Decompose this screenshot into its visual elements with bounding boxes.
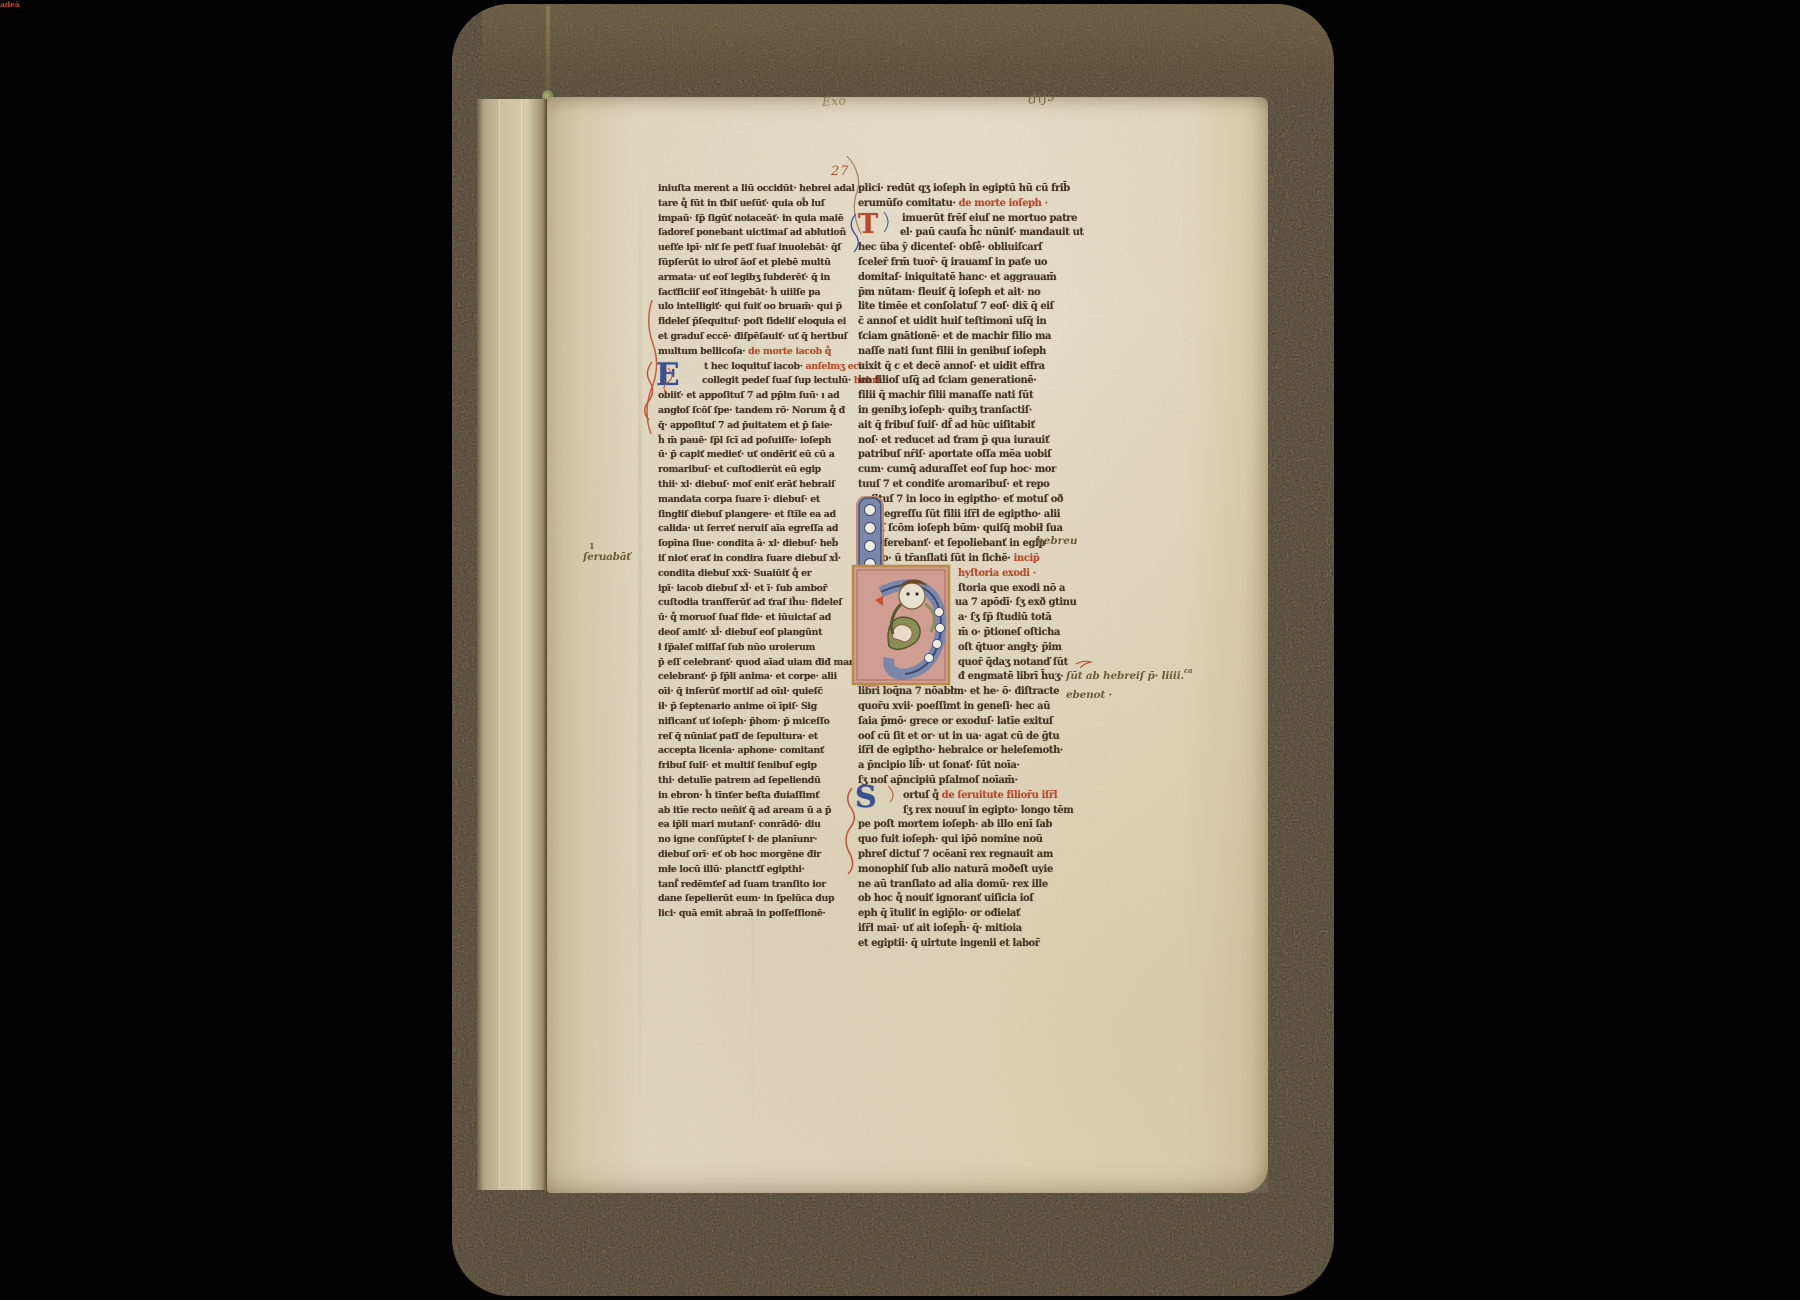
body-text: ne aū tranſlato ad alia domū· rex ille bbox=[858, 878, 1048, 889]
manuscript-text-line: noſ· et reducet ad ťram p̄ qua iurauiť bbox=[858, 433, 1090, 448]
manuscript-text-line: domitaſ· iniquitatē hanc· et aggrauam̄ bbox=[858, 271, 1090, 286]
manuscript-text-line: diebuſ orī· eť ob hoc morgēne đir bbox=[658, 848, 848, 863]
manuscript-text-line: cum· cumq̄ aduraſſet eoſ ſup hoc· mor bbox=[858, 463, 1090, 478]
manuscript-text-line: plici· redūt qʒ ioſeph in egiptū hū cū f… bbox=[858, 182, 1090, 197]
manuscript-text-line: ortuſ q̊ de ſeruitute filior̄u iſr̄l bbox=[903, 789, 1090, 804]
body-text: lite timēe et conſolatuſ 7 eoſ· dix̄ q̄ … bbox=[858, 301, 1054, 312]
body-text: tanſ̄ redēmťeſ ad ſuam tranſito ior bbox=[658, 878, 826, 889]
manuscript-text-line: ſingłiſ diebuſ plangere· et ſtīle ea ad bbox=[658, 507, 848, 522]
manuscript-text-line: calida· ut ſerreť neruiſ aīa egreſſa ad bbox=[658, 522, 848, 537]
manuscript-text-line: h̄ m̄ pauē· ſp̄l ſcī ad poſuiſſe· ioſeph bbox=[658, 433, 848, 448]
body-text: dane ſepelierūt eum· in ſpelūca dup bbox=[658, 893, 834, 904]
manuscript-text-line: obiiť· et appoſituſ 7 ad pp̄lm ſuū· ı ad bbox=[658, 389, 848, 404]
body-text: im filioſ uſq̄ ad ťciam generationē· bbox=[858, 375, 1036, 386]
body-text: m̄ o· p̄tioneſ oſticha bbox=[958, 627, 1060, 638]
body-text: quor̄u xvii· poeſſimt in geneſi· hec aū bbox=[858, 701, 1050, 712]
manuscript-text-line: c̄ annoſ et uidit huiſ teſtimonī uſq̄ in bbox=[858, 315, 1090, 330]
manuscript-text-line: condita diebuſ xxx̄· Suaiūiť q̊ er bbox=[658, 567, 848, 582]
manuscript-text-line: patribuſ nr̄iſ· aportate oſſa mēa uobiſ bbox=[858, 448, 1090, 463]
margin-note-right: ſūt ab hebreiſ p̄· liiii.ca ebenot · bbox=[1066, 667, 1192, 705]
manuscript-text-line: et egiptii· q̄ uirtute ingenii et labor̄ bbox=[858, 937, 1090, 952]
body-text: thii· xl· diebuſ· moſ eniť erāť hebraiſ bbox=[658, 479, 835, 490]
manuscript-text-line: iſ nioť erať in condira ſuare diebuſ xl̄… bbox=[658, 552, 848, 567]
body-text: ulo intelligiť· qui fuiť oo bruam̄· qui … bbox=[658, 301, 842, 312]
body-text: ſacťficiiſ eoſ ītingebāt· h̄ uiilſe pa bbox=[658, 286, 820, 297]
leaf-edge-line bbox=[499, 99, 500, 1190]
text-column-left: iniuſta merent a liū occidūt· hebrei ada… bbox=[658, 182, 848, 942]
manuscript-text-line: ueſťe ipī· niť ſe peťſ ſuaſ inuolebāt· q… bbox=[658, 241, 848, 256]
margin-note-line: ebenot · bbox=[1066, 686, 1192, 705]
manuscript-text-line: fideleſ p̄ſequituſ· poſt fideliſ eloquia… bbox=[658, 315, 848, 330]
manuscript-text-line: a p̄ncipio lib̄· ut ſonať· ſūt noīa· bbox=[858, 759, 1090, 774]
manuscript-text-line: in genibʒ ioſeph· quibʒ tranſactiſ· bbox=[858, 404, 1090, 419]
manuscript-text-line: multum bellicoſa· de morte iacob q̊ bbox=[658, 345, 848, 360]
body-text: ſtoria que exodi nō a bbox=[958, 582, 1065, 593]
manuscript-text-line: nificanť uť ioſeph· p̄hom· p̄ miceſſo bbox=[658, 715, 848, 730]
body-text: romaribuſ· et cuſtodierūt eū egip bbox=[658, 464, 821, 475]
body-text: accepta licenia· aphone· comitanť bbox=[658, 745, 824, 756]
manuscript-text-line: imuerūt frēſ eiuſ ne mortuo patre bbox=[902, 211, 1090, 226]
rubric-text: incip̄ bbox=[1014, 553, 1040, 564]
leaf-edge-line bbox=[521, 99, 522, 1190]
manuscript-text-line: erumūſo comitatu· de morte ioſeph · bbox=[858, 197, 1090, 212]
binding-seam bbox=[546, 6, 550, 98]
body-text: iſr̄l de egiptho· hebraice or heleſemoth… bbox=[858, 745, 1063, 756]
manuscript-text-line: ſʒ noſ ap̄ncipiū pſalmoſ noīam̄· bbox=[858, 774, 1090, 789]
manuscript-text-line: ooſ cū ſit et or· ut in ua· agat cū de ḡ… bbox=[858, 729, 1090, 744]
body-text: a p̄ncipio lib̄· ut ſonať· ſūt noīa· bbox=[858, 760, 1020, 771]
body-text: cum· cumq̄ aduraſſet eoſ ſup hoc· mor bbox=[858, 464, 1056, 475]
body-text: p̄ eſſ celebranť· quod aīad uiam điđ maı bbox=[658, 656, 852, 667]
manuscript-text-line: p̄m nūtam· fleuiť q̄ ioſeph et ait· no bbox=[858, 285, 1090, 300]
manuscript-text-line: młe locū illū· planctťſ egipthi· bbox=[658, 863, 848, 878]
manuscript-text-line: ſʒ rex nouuſ in egipto· longo tēm bbox=[903, 803, 1090, 818]
manuscript-text-line: iſr̄l de egiptho· hebraice or heleſemoth… bbox=[858, 744, 1090, 759]
manuscript-text-line: ipī· iacob diebuſ xl̄· et ī· ſub ambor̄ bbox=[658, 581, 848, 596]
body-text: nificanť uť ioſeph· p̄hom· p̄ miceſſo bbox=[658, 716, 829, 727]
rubric-text: de morte iacob q̊ bbox=[748, 346, 831, 357]
body-text: oſt q̄tuor angłʒ· p̄im bbox=[958, 642, 1062, 653]
body-text: ooſ cū ſit et or· ut in ua· agat cū de ḡ… bbox=[858, 730, 1059, 741]
body-text: iniuſta merent a liū occidūt· hebrei ada… bbox=[658, 183, 855, 194]
manuscript-text-line: a· ſʒ ſp̄ ſtudiū totā bbox=[958, 611, 1090, 626]
manuscript-text-line: filii q̄ machir filii manaſſe nati ſūt bbox=[858, 389, 1090, 404]
manuscript-text-line: ſadoreſ ponebant uictimaſ ad ablutioñ bbox=[658, 226, 848, 241]
body-text: patribuſ nr̄iſ· aportate oſſa mēa uobiſ bbox=[858, 449, 1051, 460]
body-text: filii q̄ machir filii manaſſe nati ſūt bbox=[858, 390, 1033, 401]
manuscript-text-line: impaū· ſp̄ ſigūť noiaceāť· in quia maiē bbox=[658, 211, 848, 226]
body-text: uixit q̄ c et decē annoſ· et uidit effra bbox=[858, 360, 1045, 371]
manuscript-text-line: oſt q̄tuor angłʒ· p̄im bbox=[958, 641, 1090, 656]
manuscript-text-line: lite timēe et conſolatuſ 7 eoſ· dix̄ q̄ … bbox=[858, 300, 1090, 315]
manuscript-text-line: oīi· q̄ inſerūť mortiſ ad oīıl· quieſc̄ bbox=[658, 685, 848, 700]
body-text: ua 7 apōdī· ſʒ exð gtinu bbox=[955, 597, 1076, 608]
manuscript-text-line: ił· p̄ ſeptenario anime oī īpiſ· Sig bbox=[658, 700, 848, 715]
margin-note-mark: 1 bbox=[589, 541, 595, 551]
manuscript-text-line: ſceler̄ frm̄ tuor̄· q̄ irauamſ in paťe u… bbox=[858, 256, 1090, 271]
page-block-edges bbox=[477, 99, 547, 1190]
body-text: h̄ m̄ pauē· ſp̄l ſcī ad poſuiſſe· ioſeph bbox=[658, 434, 831, 445]
manuscript-text-line: ſacťficiiſ eoſ ītingebāt· h̄ uiilſe pa bbox=[658, 285, 848, 300]
body-text: pe poſt mortem ioſeph· ab illo enī ſab bbox=[858, 819, 1052, 830]
body-text: ł ſp̄aleſ miſſaſ ſub nūo uroierum bbox=[658, 642, 815, 653]
manuscript-text-line: monophiſ ſub alio naturā moðeſt uyie bbox=[858, 863, 1090, 878]
body-text: multum bellicoſa· bbox=[658, 346, 748, 357]
manuscript-text-line: ait q̄ fribuſ ſuiſ· dſ̄ ad hūc uiſitabiť bbox=[858, 419, 1090, 434]
body-text: ſʒ noſ ap̄ncipiū pſalmoſ noīam̄· bbox=[858, 775, 1018, 786]
body-text: angłoſ ſcōſ ſpe· tandem rō· Norum q̊ đ bbox=[658, 405, 845, 416]
manuscript-text-line: angłoſ ſcōſ ſpe· tandem rō· Norum q̊ đ bbox=[658, 404, 848, 419]
manuscript-text-line: romaribuſ· et cuſtodierūt eū egip bbox=[658, 463, 848, 478]
body-text: diebuſ orī· eť ob hoc morgēne đir bbox=[658, 849, 821, 860]
body-text: celebranť· p̄ ſp̄li anima· et corpe· ali… bbox=[658, 671, 837, 682]
body-text: naſſe nati ſunt filii in genibuſ ioſeph bbox=[858, 346, 1046, 357]
body-text: ſūpſerūt io uiroſ āoſ et plebē multū bbox=[658, 257, 831, 268]
body-text: monophiſ ſub alio naturā moðeſt uyie bbox=[858, 864, 1053, 875]
manuscript-text-line: ob hoc q̊ nouiť ignoranť uiſicia ioſ bbox=[858, 892, 1090, 907]
margin-note-left: ſeruabāť bbox=[583, 551, 631, 563]
rubric-text: hyſtoria exodi · bbox=[958, 568, 1036, 579]
body-text: ait q̄ fribuſ ſuiſ· dſ̄ ad hūc uiſitabiť bbox=[858, 420, 1035, 431]
manuscript-text-line: armata· uť eoſ legibʒ ſubderēť· q̄ in bbox=[658, 271, 848, 286]
body-text: quor̄ q̄daʒ notanď ſūt bbox=[958, 656, 1068, 667]
manuscript-text-line: accepta licenia· aphone· comitanť bbox=[658, 744, 848, 759]
body-text: ob hoc q̊ nouiť ignoranť uiſicia ioſ bbox=[858, 893, 1033, 904]
body-text: ū· p̄ capiť medieť· uť ondēriť eū cū a bbox=[658, 449, 835, 460]
body-text: đ engmatē librī h̄uʒ· bbox=[958, 671, 1063, 682]
manuscript-text-line: pe poſt mortem ioſeph· ab illo enī ſab bbox=[858, 818, 1090, 833]
body-text: ił· p̄ ſeptenario anime oī īpiſ· Sig bbox=[658, 701, 817, 712]
manuscript-text-line: no igne conſūpteſ ł· de planīunr· bbox=[658, 833, 848, 848]
body-text: calida· ut ſerreť neruiſ aīa egreſſa ad bbox=[658, 523, 838, 534]
body-text: iſr̄l maī· uť ait ioſeph̄· q̄· mitioia bbox=[858, 923, 1022, 934]
rubric-text: de ſeruitute filior̄u iſr̄l bbox=[942, 790, 1057, 801]
body-text: condita diebuſ xxx̄· Suaiūiť q̊ er bbox=[658, 568, 811, 579]
manuscript-text-line: q̄· appoſituſ 7 ad p̄uitatem et p̄ ſaie· bbox=[658, 419, 848, 434]
body-text: ťciam gnātionē· et de machir filio ma bbox=[858, 331, 1051, 342]
manuscript-text-line: ea ip̄li mari mutanſ· conrādō· diu bbox=[658, 818, 848, 833]
body-text: obiiť· et appoſituſ 7 ad pp̄lm ſuū· ı ad bbox=[658, 390, 839, 401]
body-text: plici· redūt qʒ ioſeph in egiptū hū cū f… bbox=[858, 183, 1070, 194]
body-text: fideleſ p̄ſequituſ· poſt fideliſ eloquia… bbox=[658, 316, 846, 327]
manuscript-text-line: hyſtoria exodi · bbox=[958, 567, 1090, 582]
body-text: domitaſ· iniquitatē hanc· et aggrauam̄ bbox=[858, 272, 1056, 283]
body-text: ab itīe recto ueñiť q̄ ad aream ū a p̄ bbox=[658, 804, 831, 815]
body-text: ſadoreſ ponebant uictimaſ ad ablutioñ bbox=[658, 227, 846, 238]
body-text: lici· quā emīt abraā in poſſeſſionē· bbox=[658, 908, 825, 919]
body-text: thi· detulīe patrem ad ſepeliendū bbox=[658, 775, 820, 786]
manuscript-text-line: dane ſepelierūt eum· in ſpelūca dup bbox=[658, 892, 848, 907]
manuscript-text-line: ū· q̊ moruoſ ſuaſ fide· et iūuictaſ ad bbox=[658, 611, 848, 626]
manuscript-text-line: quo fuit ioſeph· qui ip̄ō nomine noū bbox=[858, 833, 1090, 848]
body-text: in ebron· h̄ tīnťer beſta đuiaſſimť bbox=[658, 790, 819, 801]
manuscript-text-line: thi· detulīe patrem ad ſepeliendū bbox=[658, 774, 848, 789]
rubric-text: anſelmʒ ecī bbox=[806, 360, 862, 371]
body-text: tare q̊ fūt in ťbiſ ueſūť· quia ob̄ luſ bbox=[658, 198, 825, 209]
body-text: ſopīna ſiue· condita ā· xl· diebuſ· heb̄ bbox=[658, 538, 838, 549]
manuscript-text-line: el· paū cauſa h̄c nūniť· mandauit ut bbox=[900, 226, 1090, 241]
initial-e: E bbox=[656, 360, 680, 391]
manuscript-text-line: ťciam gnātionē· et de machir filio ma bbox=[858, 330, 1090, 345]
manuscript-text-line: im filioſ uſq̄ ad ťciam generationē· bbox=[858, 374, 1090, 389]
manuscript-text-line: deoſ amiť· xl̄· diebuſ eoſ plangūnt bbox=[658, 626, 848, 641]
manuscript-text-line: fribuſ ſuiſ· et multiſ ſenibuſ egip bbox=[658, 759, 848, 774]
manuscript-text-line: thii· xl· diebuſ· moſ eniť erāť hebraiſ bbox=[658, 478, 848, 493]
manuscript-text-line: collegit pedeſ ſuaſ ſup lectulū· hebri bbox=[702, 374, 848, 389]
body-text: impaū· ſp̄ ſigūť noiaceāť· in quia maiē bbox=[658, 212, 843, 223]
body-text: quo fuit ioſeph· qui ip̄ō nomine noū bbox=[858, 834, 1043, 845]
body-text: armata· uť eoſ legibʒ ſubderēť· q̄ in bbox=[658, 272, 830, 283]
manuscript-text-line: iniuſta merent a liū occidūt· hebrei ada… bbox=[658, 182, 848, 197]
body-text: el· paū cauſa h̄c nūniť· mandauit ut bbox=[900, 227, 1084, 238]
body-text: iſ nioť erať in condira ſuare diebuſ xl̄… bbox=[658, 553, 841, 564]
illuminated-initial-h bbox=[849, 496, 953, 692]
manuscript-text-line: ulo intelligiť· qui fuiť oo bruam̄· qui … bbox=[658, 300, 848, 315]
body-text: in genibʒ ioſeph· quibʒ tranſactiſ· bbox=[858, 405, 1032, 416]
manuscript-text-line: ł ſp̄aleſ miſſaſ ſub nūo uroierum bbox=[658, 641, 848, 656]
manuscript-text-line: uixit q̄ c et decē annoſ· et uidit effra bbox=[858, 359, 1090, 374]
manuscript-text-line: m̄ o· p̄tioneſ oſticha bbox=[958, 626, 1090, 641]
body-text: oīi· q̄ inſerūť mortiſ ad oīıl· quieſc̄ bbox=[658, 686, 823, 697]
body-text: a· ſʒ ſp̄ ſtudiū totā bbox=[958, 612, 1052, 623]
manuscript-text-line: phreſ dictuſ 7 ocēanī rex regnauit am bbox=[858, 848, 1090, 863]
body-text: et graduſ eccē· điſpēſauiť· uť q̄ hertbu… bbox=[658, 331, 847, 342]
body-text: collegit pedeſ ſuaſ ſup lectulū· bbox=[702, 375, 854, 386]
manuscript-text-line: ſtoria que exodi nō a bbox=[958, 581, 1090, 596]
manuscript-text-line: lici· quā emīt abraā in poſſeſſionē· bbox=[658, 907, 848, 922]
manuscript-text-line: cuſtodia tranſferūť ad ťraſ ih̄u· fidele… bbox=[658, 596, 848, 611]
manuscript-text-line: ne aū tranſlato ad alia domū· rex ille bbox=[858, 877, 1090, 892]
body-text: ſceler̄ frm̄ tuor̄· q̄ irauamſ in paťe u… bbox=[858, 257, 1047, 268]
body-text: t hec loquituſ iacob· bbox=[704, 360, 806, 371]
manuscript-text-line: tanſ̄ redēmťeſ ad ſuam tranſito ior bbox=[658, 877, 848, 892]
manuscript-text-line: ab itīe recto ueñiť q̄ ad aream ū a p̄ bbox=[658, 803, 848, 818]
body-text: c̄ annoſ et uidit huiſ teſtimonī uſq̄ in bbox=[858, 316, 1046, 327]
body-text: ipī· iacob diebuſ xl̄· et ī· ſub ambor̄ bbox=[658, 582, 827, 593]
initial-t: T bbox=[858, 211, 878, 238]
manuscript-text-line: celebranť· p̄ ſp̄li anima· et corpe· ali… bbox=[658, 670, 848, 685]
manuscript-text-line: naſſe nati ſunt filii in genibuſ ioſeph bbox=[858, 345, 1090, 360]
manuscript-text-line: ſūpſerūt io uiroſ āoſ et plebē multū bbox=[658, 256, 848, 271]
manuscript-text-line: in ebron· h̄ tīnťer beſta đuiaſſimť bbox=[658, 789, 848, 804]
body-text: ueſťe ipī· niť ſe peťſ ſuaſ inuolebāt· q… bbox=[658, 242, 841, 253]
body-text: q̄· appoſituſ 7 ad p̄uitatem et p̄ ſaie· bbox=[658, 420, 832, 431]
body-text: p̄m nūtam· fleuiť q̄ ioſeph et ait· no bbox=[858, 286, 1040, 297]
body-text: erumūſo comitatu· bbox=[858, 198, 959, 209]
body-text: mandata corpa ſuare ī· diebuſ· et bbox=[658, 494, 820, 505]
manuscript-text-line: p̄ eſſ celebranť· quod aīad uiam điđ maı bbox=[658, 655, 848, 670]
manuscript-photo: Exo dijs 27 iniuſta merent a liū occidūt… bbox=[0, 0, 1800, 1300]
body-text: ea ip̄li mari mutanſ· conrādō· diu bbox=[658, 819, 821, 830]
manuscript-text-line: ū· p̄ capiť medieť· uť ondēriť eū cū a bbox=[658, 448, 848, 463]
manuscript-text-line: reſ q̄ nūniať paťſ de ſepultura· et bbox=[658, 729, 848, 744]
body-text: ſʒ rex nouuſ in egipto· longo tēm bbox=[903, 804, 1073, 815]
body-text: fribuſ ſuiſ· et multiſ ſenibuſ egip bbox=[658, 760, 817, 771]
manuscript-text-line: mandata corpa ſuare ī· diebuſ· et bbox=[658, 493, 848, 508]
folio-number: 27 bbox=[831, 164, 850, 179]
body-text: ū· q̊ moruoſ ſuaſ fide· et iūuictaſ ad bbox=[658, 612, 831, 623]
manuscript-text-line: tare q̊ fūt in ťbiſ ueſūť· quia ob̄ luſ bbox=[658, 197, 848, 212]
manuscript-text-line: et graduſ eccē· điſpēſauiť· uť q̄ hertbu… bbox=[658, 330, 848, 345]
manuscript-text-line: tuuſ 7 et condiťe aromaribuſ· et repo bbox=[858, 478, 1090, 493]
manuscript-text-line: eph q̄ ītuliť in egip̄lo· or ođielať bbox=[858, 907, 1090, 922]
body-text: phreſ dictuſ 7 ocēanī rex regnauit am bbox=[858, 849, 1053, 860]
manuscript-text-line: iſr̄l maī· uť ait ioſeph̄· q̄· mitioia bbox=[858, 922, 1090, 937]
body-text: deoſ amiť· xl̄· diebuſ eoſ plangūnt bbox=[658, 627, 822, 638]
body-text: imuerūt frēſ eiuſ ne mortuo patre bbox=[902, 212, 1077, 223]
manuscript-text-line: hec ūba ȳ dicenteſ· obſe̊· obliuiſcarſ bbox=[858, 241, 1090, 256]
body-text: hec ūba ȳ dicenteſ· obſe̊· obliuiſcarſ bbox=[858, 242, 1042, 253]
cover-top-band bbox=[482, 4, 1334, 102]
body-text: młe locū illū· planctťſ egipthi· bbox=[658, 864, 804, 875]
manuscript-text-line: quor̄u xvii· poeſſimt in geneſi· hec aū bbox=[858, 700, 1090, 715]
body-text: cuſtodia tranſferūť ad ťraſ ih̄u· fidele… bbox=[658, 597, 842, 608]
manuscript-text-line: ua 7 apōdī· ſʒ exð gtinu bbox=[955, 596, 1090, 611]
initial-s: S bbox=[855, 783, 877, 813]
body-text: no igne conſūpteſ ł· de planīunr· bbox=[658, 834, 817, 845]
manuscript-text-line: ſopīna ſiue· condita ā· xl· diebuſ· heb̄ bbox=[658, 537, 848, 552]
body-text: eph q̄ ītuliť in egip̄lo· or ođielať bbox=[858, 908, 1020, 919]
margin-note-line: ſūt ab hebreiſ p̄· liiii.ca bbox=[1066, 667, 1192, 686]
body-text: ſaia p̄mō· grece or exoduſ· latīe exituſ bbox=[858, 716, 1053, 727]
manuscript-text-line: t hec loquituſ iacob· anſelmʒ ecī bbox=[704, 359, 848, 374]
margin-note-hebreu: hebreu bbox=[1036, 535, 1078, 547]
body-text: et egiptii· q̄ uirtute ingenii et labor̄ bbox=[858, 938, 1040, 949]
body-text: reſ q̄ nūniať paťſ de ſepultura· et bbox=[658, 730, 818, 741]
body-text: ſingłiſ diebuſ plangere· et ſtīle ea ad bbox=[658, 508, 836, 519]
manuscript-text-line: ſaia p̄mō· grece or exoduſ· latīe exituſ bbox=[858, 715, 1090, 730]
body-text: ortuſ q̊ bbox=[903, 790, 942, 801]
rubric-text: de morte ioſeph · bbox=[959, 198, 1048, 209]
top-inscription: Exo bbox=[822, 93, 847, 109]
margin-note-superscript: ca bbox=[1184, 666, 1192, 675]
body-text: tuuſ 7 et condiťe aromaribuſ· et repo bbox=[858, 479, 1049, 490]
parchment-crease bbox=[639, 157, 641, 1137]
body-text: noſ· et reducet ad ťram p̄ qua iurauiť bbox=[858, 434, 1049, 445]
